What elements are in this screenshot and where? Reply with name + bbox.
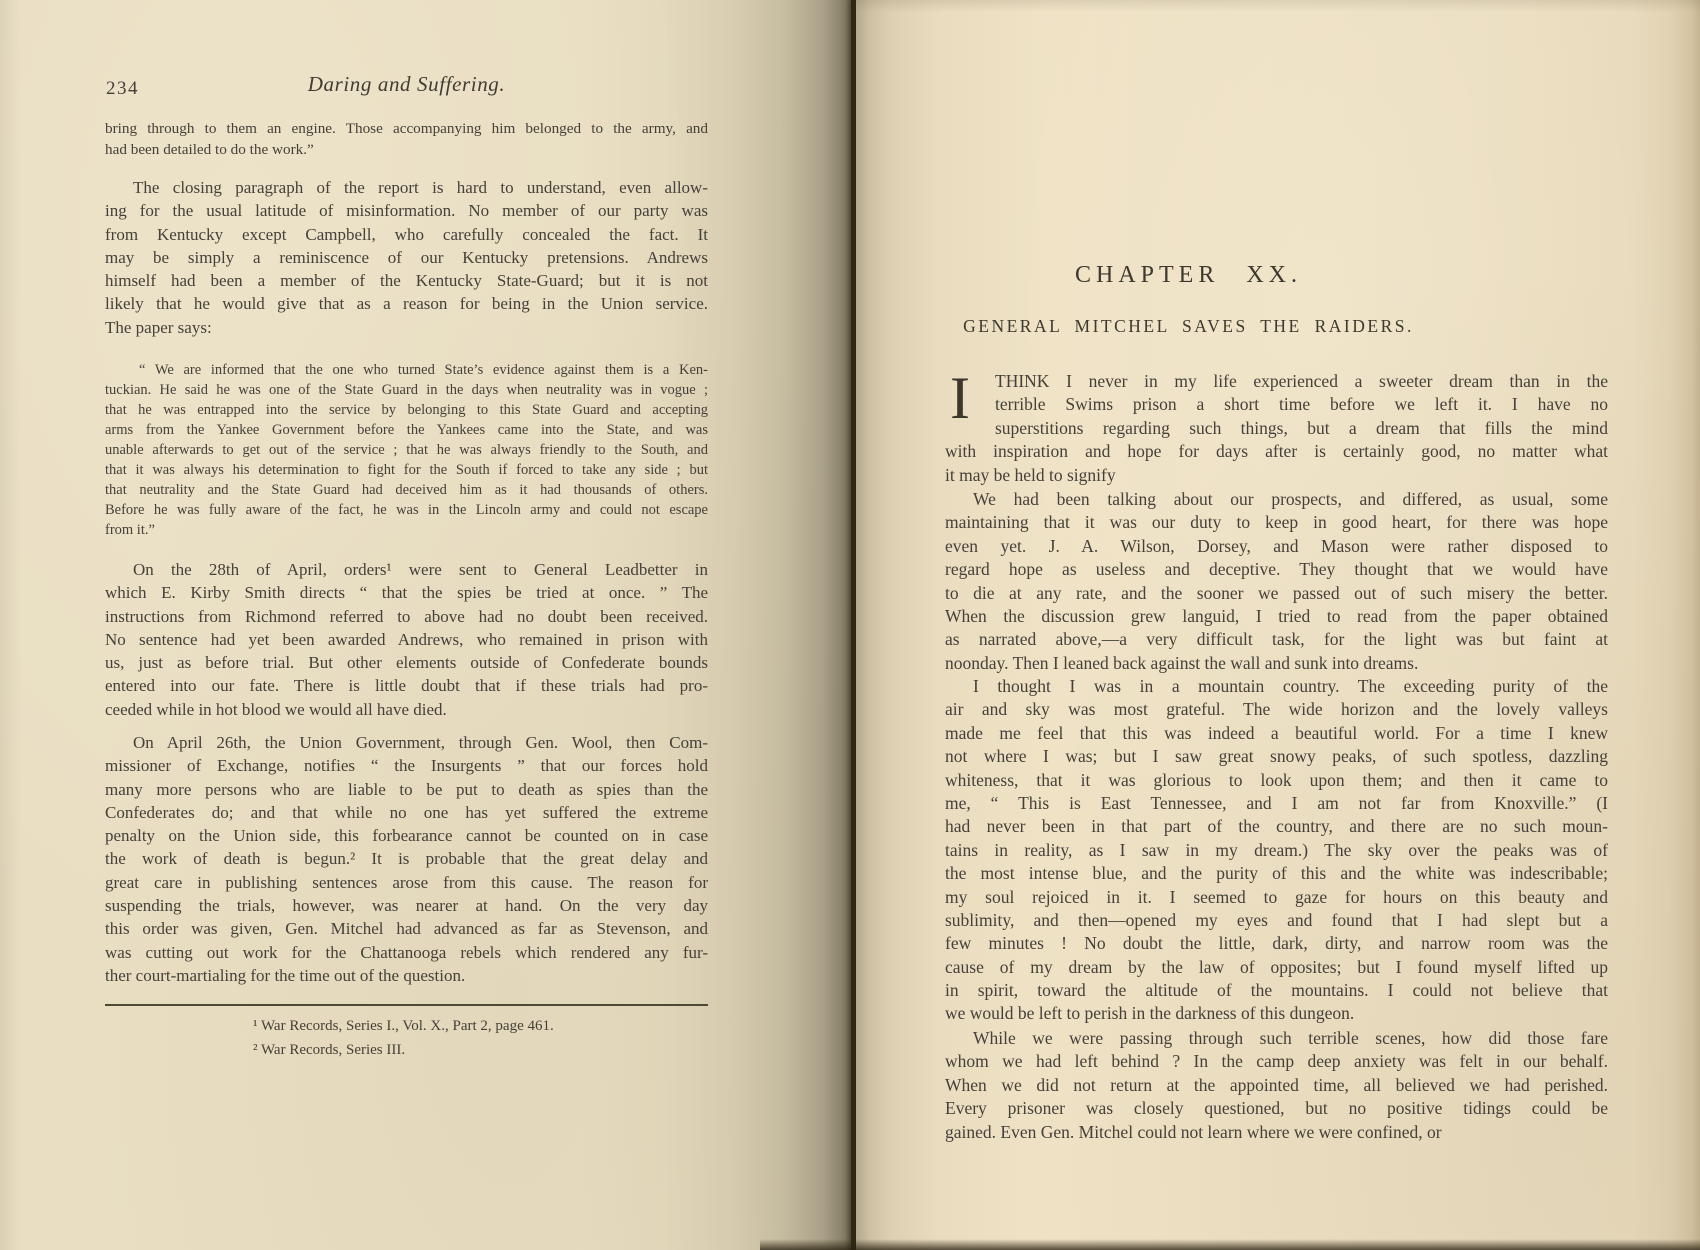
text-line: ² War Records, Series III. <box>253 1039 708 1063</box>
text-line: me, “ This is East Tennessee, and I am n… <box>945 792 1608 815</box>
text-line: may be simply a reminiscence of our Kent… <box>105 246 708 269</box>
text-line: we would be left to perish in the darkne… <box>945 1002 1608 1025</box>
body-paragraph-dropcap: I THINK I never in my life experienced a… <box>945 370 1608 487</box>
body-paragraph: On April 26th, the Union Government, thr… <box>105 731 708 987</box>
text-line: ceeded while in hot blood we would all h… <box>105 698 708 721</box>
text-line: even yet. J. A. Wilson, Dorsey, and Maso… <box>945 535 1608 558</box>
text-line: When we did not return at the appointed … <box>945 1074 1608 1097</box>
text-line: himself had been a member of the Kentuck… <box>105 269 708 292</box>
text-line: unable afterwards to get out of the serv… <box>105 440 708 460</box>
left-page-text-column: 234 Daring and Suffering. bring through … <box>105 0 708 1250</box>
text-line: tains in reality, as I saw in my dream.)… <box>945 839 1608 862</box>
text-line: which E. Kirby Smith directs “ that the … <box>105 581 708 604</box>
book-scan: 234 Daring and Suffering. bring through … <box>0 0 1700 1250</box>
text-line: many more persons who are liable to be p… <box>105 778 708 801</box>
left-page-header: 234 Daring and Suffering. <box>105 72 708 106</box>
page-number: 234 <box>106 78 139 100</box>
text-line: as narrated above,—a very difficult task… <box>945 628 1608 651</box>
text-line: in spirit, toward the altitude of the mo… <box>945 979 1608 1002</box>
text-line: had never been in that part of the count… <box>945 815 1608 838</box>
text-line: Every prisoner was closely questioned, b… <box>945 1097 1608 1120</box>
text-line: ¹ War Records, Series I., Vol. X., Part … <box>253 1015 708 1039</box>
text-line: to die at any rate, and the sooner we pa… <box>945 582 1608 605</box>
text-line: “ We are informed that the one who turne… <box>105 360 708 380</box>
drop-cap-letter: I <box>950 367 970 429</box>
text-line: missioner of Exchange, notifies “ the In… <box>105 754 708 777</box>
text-line: On April 26th, the Union Government, thr… <box>105 731 708 754</box>
text-line: When the discussion grew languid, I trie… <box>945 605 1608 628</box>
text-line: air and sky was most grateful. The wide … <box>945 698 1608 721</box>
text-line: bring through to them an engine. Those a… <box>105 118 708 139</box>
text-line: it may be held to signify <box>945 464 1608 487</box>
text-line: Confederates do; and that while no one h… <box>105 801 708 824</box>
text-line: We had been talking about our prospects,… <box>945 488 1608 511</box>
text-line: regard hope as useless and deceptive. Th… <box>945 558 1608 581</box>
text-line: The closing paragraph of the report is h… <box>105 176 708 199</box>
text-line: I thought I was in a mountain country. T… <box>945 675 1608 698</box>
text-line: No sentence had yet been awarded Andrews… <box>105 628 708 651</box>
text-line: the work of death is begun.² It is proba… <box>105 847 708 870</box>
text-line: not where I was; but I saw great snowy p… <box>945 745 1608 768</box>
text-line: penalty on the Union side, this forbeara… <box>105 824 708 847</box>
chapter-heading: CHAPTER XX. <box>857 262 1520 289</box>
text-line: noonday. Then I leaned back against the … <box>945 652 1608 675</box>
running-title: Daring and Suffering. <box>105 72 708 97</box>
body-paragraph: While we were passing through such terri… <box>945 1027 1608 1144</box>
text-line: maintaining that it was our duty to keep… <box>945 511 1608 534</box>
text-line: suspending the trials, however, was near… <box>105 894 708 917</box>
text-line: While we were passing through such terri… <box>945 1027 1608 1050</box>
text-line: entered into our fate. There is little d… <box>105 674 708 697</box>
text-line: few minutes ! No doubt the little, dark,… <box>945 932 1608 955</box>
text-line: gained. Even Gen. Mitchel could not lear… <box>945 1121 1608 1144</box>
text-line: made me feel that this was indeed a beau… <box>945 722 1608 745</box>
body-paragraph: On the 28th of April, orders¹ were sent … <box>105 558 708 721</box>
text-line: that neutrality and the State Guard had … <box>105 480 708 500</box>
text-line: ther court-martialing for the time out o… <box>105 964 708 987</box>
footnotes: ¹ War Records, Series I., Vol. X., Part … <box>253 1015 708 1062</box>
text-line: instructions from Richmond referred to a… <box>105 605 708 628</box>
text-line: likely that he would give that as a reas… <box>105 292 708 315</box>
footnote-rule <box>105 1004 708 1006</box>
body-paragraph: We had been talking about our prospects,… <box>945 488 1608 675</box>
text-line: arms from the Yankee Government before t… <box>105 420 708 440</box>
text-line: the most intense blue, and the purity of… <box>945 862 1608 885</box>
text-line: from it.” <box>105 520 708 540</box>
text-line: The paper says: <box>105 316 708 339</box>
chapter-subtitle: GENERAL MITCHEL SAVES THE RAIDERS. <box>857 316 1520 337</box>
text-line: had been detailed to do the work.” <box>105 139 708 160</box>
text-line: my soul rejoiced in it. I seemed to gaze… <box>945 886 1608 909</box>
body-paragraph: I thought I was in a mountain country. T… <box>945 675 1608 1026</box>
text-line: On the 28th of April, orders¹ were sent … <box>105 558 708 581</box>
text-line: Before he was fully aware of the fact, h… <box>105 500 708 520</box>
text-line: from Kentucky except Campbell, who caref… <box>105 223 708 246</box>
text-line: ing for the usual latitude of misinforma… <box>105 199 708 222</box>
body-paragraph: The closing paragraph of the report is h… <box>105 176 708 339</box>
paragraph-lines: THINK I never in my life experienced a s… <box>945 370 1608 487</box>
text-line: whiteness, that it was glorious to look … <box>945 769 1608 792</box>
text-line: THINK I never in my life experienced a s… <box>945 370 1608 393</box>
text-line: with inspiration and hope for days after… <box>945 440 1608 463</box>
text-line: that it was always his determination to … <box>105 460 708 480</box>
text-line: was cutting out work for the Chattanooga… <box>105 941 708 964</box>
text-line: terrible Swims prison a short time befor… <box>945 393 1608 416</box>
text-line: sublimity, and then—opened my eyes and f… <box>945 909 1608 932</box>
text-line: cause of my dream by the law of opposite… <box>945 956 1608 979</box>
text-line: that he was entrapped into the service b… <box>105 400 708 420</box>
text-line: whom we had left behind ? In the camp de… <box>945 1050 1608 1073</box>
quote-continuation-block: bring through to them an engine. Those a… <box>105 118 708 160</box>
text-line: superstitions regarding such things, but… <box>945 417 1608 440</box>
right-page-text-column: CHAPTER XX. GENERAL MITCHEL SAVES THE RA… <box>945 0 1608 1250</box>
text-line: us, just as before trial. But other elem… <box>105 651 708 674</box>
text-line: this order was given, Gen. Mitchel had a… <box>105 917 708 940</box>
text-line: tuckian. He said he was one of the State… <box>105 380 708 400</box>
text-line: great care in publishing sentences arose… <box>105 871 708 894</box>
newspaper-quote-block: “ We are informed that the one who turne… <box>105 360 708 540</box>
